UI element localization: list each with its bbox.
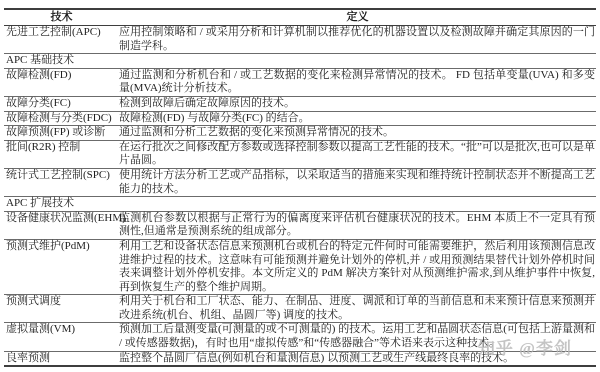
table-row-fc: 故障分类(FC) 检测到故障后确定故障原因的技术。 <box>4 97 596 112</box>
term-cell: 统计式工艺控制(SPC) <box>4 169 119 196</box>
table-row-spc: 统计式工艺控制(SPC) 使用统计方法分析工艺或产品指标，以采取适当的措施来实现… <box>4 169 596 197</box>
term-cell: 故障分类(FC) <box>4 97 119 111</box>
def-cell: 故障检测(FD) 与故障分类(FC) 的结合。 <box>119 112 596 126</box>
term-cell: 故障检测(FD) <box>4 69 119 96</box>
table-row-fdc: 故障检测与分类(FDC) 故障检测(FD) 与故障分类(FC) 的结合。 <box>4 112 596 127</box>
table-row-pdm: 预测式维护(PdM) 利用工艺和设备状态信息来预测机台或机台的特定元件何时可能需… <box>4 240 596 295</box>
def-cell: 检测到故障后确定故障原因的技术。 <box>119 97 596 111</box>
table-row-fp: 故障预测(FP) 或诊断 通过监测和分析工艺数据的变化来预测异常情况的技术。 <box>4 126 596 141</box>
term-cell: 先进工艺控制(APC) <box>4 26 119 53</box>
def-cell: 通过监测和分析机台和 / 或工艺数据的变化来检测异常情况的技术。 FD 包括单变… <box>119 69 596 96</box>
table-row-vm: 虚拟量测(VM) 预测加工后量测变量(可测量的或不可测量的) 的技术。运用工艺和… <box>4 323 596 351</box>
section-label: APC 扩展技术 <box>4 197 596 211</box>
term-cell: 良率预测 <box>4 352 119 366</box>
header-cell-def: 定义 <box>119 10 596 25</box>
term-cell: 虚拟量测(VM) <box>4 323 119 350</box>
term-cell: 故障预测(FP) 或诊断 <box>4 126 119 140</box>
table-row-apc: 先进工艺控制(APC) 应用控制策略和 / 或采用分析和计算机制以推荐优化的机器… <box>4 26 596 54</box>
def-cell: 通过监测和分析工艺数据的变化来预测异常情况的技术。 <box>119 126 596 140</box>
document-page: 技术 定义 先进工艺控制(APC) 应用控制策略和 / 或采用分析和计算机制以推… <box>0 0 600 372</box>
term-cell: 预测式维护(PdM) <box>4 240 119 294</box>
def-cell: 监测机台参数以根据与正常行为的偏离度来评估机台健康状况的技术。EHM 本质上不一… <box>119 212 596 239</box>
term-cell: 故障检测与分类(FDC) <box>4 112 119 126</box>
term-cell: 批间(R2R) 控制 <box>4 141 119 168</box>
def-cell: 预测加工后量测变量(可测量的或不可测量的) 的技术。运用工艺和晶圆状态信息(可包… <box>119 323 596 350</box>
section-label: APC 基础技术 <box>4 54 596 68</box>
section-row-basic: APC 基础技术 <box>4 54 596 69</box>
table-header-row: 技术 定义 <box>4 10 596 26</box>
section-row-extended: APC 扩展技术 <box>4 197 596 212</box>
definitions-table: 技术 定义 先进工艺控制(APC) 应用控制策略和 / 或采用分析和计算机制以推… <box>4 8 596 367</box>
def-cell: 利用工艺和设备状态信息来预测机台或机台的特定元件何时可能需要维护，然后利用该预测… <box>119 240 596 294</box>
header-cell-term: 技术 <box>4 10 119 25</box>
def-cell: 使用统计方法分析工艺或产品指标，以采取适当的措施来实现和维持统计控制状态并不断提… <box>119 169 596 196</box>
def-cell: 在运行批次之间修改配方参数或选择控制参数以提高工艺性能的技术。“批”可以是批次,… <box>119 141 596 168</box>
term-cell: 设备健康状况监测(EHM) <box>4 212 119 239</box>
table-row-r2r: 批间(R2R) 控制 在运行批次之间修改配方参数或选择控制参数以提高工艺性能的技… <box>4 141 596 169</box>
def-cell: 应用控制策略和 / 或采用分析和计算机制以推荐优化的机器设置以及检测故障并确定其… <box>119 26 596 53</box>
table-row-yield-prediction: 良率预测 监控整个晶圆厂信息(例如机台和量测信息) 以预测工艺或生产线最终良率的… <box>4 352 596 366</box>
table-row-predictive-scheduling: 预测式调度 利用关于机台和工厂状态、能力、在制品、进度、调派和订单的当前信息和未… <box>4 295 596 323</box>
table-row-fd: 故障检测(FD) 通过监测和分析机台和 / 或工艺数据的变化来检测异常情况的技术… <box>4 69 596 97</box>
def-cell: 利用关于机台和工厂状态、能力、在制品、进度、调派和订单的当前信息和未来预计信息来… <box>119 295 596 322</box>
table-row-ehm: 设备健康状况监测(EHM) 监测机台参数以根据与正常行为的偏离度来评估机台健康状… <box>4 212 596 240</box>
term-cell: 预测式调度 <box>4 295 119 322</box>
def-cell: 监控整个晶圆厂信息(例如机台和量测信息) 以预测工艺或生产线最终良率的技术。 <box>119 352 596 366</box>
